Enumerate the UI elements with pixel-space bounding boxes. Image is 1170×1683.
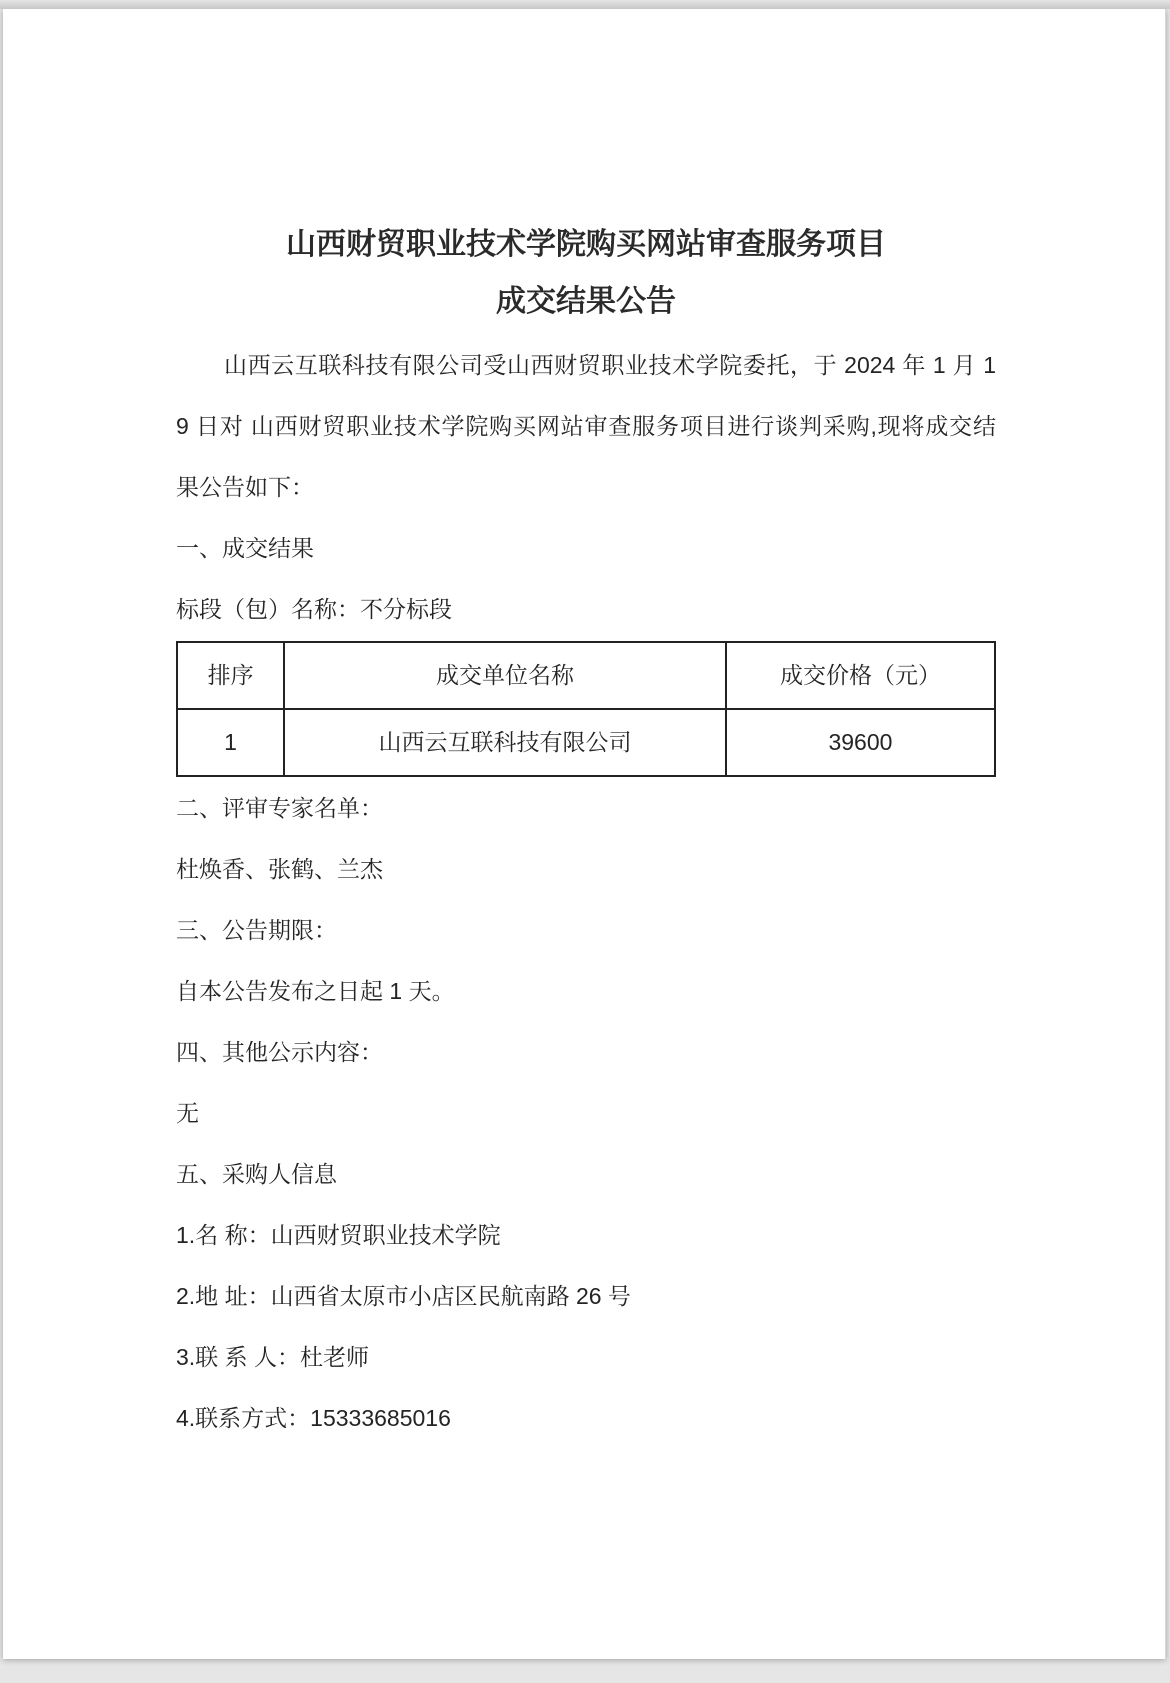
cell-supplier-name: 山西云互联科技有限公司	[284, 709, 726, 776]
document-viewer: 山西财贸职业技术学院购买网站审查服务项目 成交结果公告 山西云互联科技有限公司受…	[0, 0, 1170, 1683]
document-title: 山西财贸职业技术学院购买网站审查服务项目 成交结果公告	[176, 9, 996, 330]
section-experts-heading: 二、评审专家名单：	[176, 778, 996, 839]
purchaser-address: 2.地 址：山西省太原市小店区民航南路 26 号	[176, 1266, 996, 1327]
result-table: 排序 成交单位名称 成交价格（元） 1 山西云互联科技有限公司 39600	[176, 641, 996, 777]
section-other-heading: 四、其他公示内容：	[176, 1022, 996, 1083]
purchaser-name: 1.名 称：山西财贸职业技术学院	[176, 1205, 996, 1266]
viewer-bottom-chrome	[0, 1659, 1170, 1683]
table-row: 1 山西云互联科技有限公司 39600	[177, 709, 995, 776]
section-period-heading: 三、公告期限：	[176, 900, 996, 961]
purchaser-contact-phone: 4.联系方式：15333685016	[176, 1388, 996, 1449]
header-supplier-name: 成交单位名称	[284, 642, 726, 709]
header-rank: 排序	[177, 642, 284, 709]
section-result-heading: 一、成交结果	[176, 518, 996, 579]
section-purchaser-heading: 五、采购人信息	[176, 1144, 996, 1205]
document-body: 山西云互联科技有限公司受山西财贸职业技术学院委托，于 2024 年 1 月 1 …	[176, 335, 996, 1449]
intro-line-3: 果公告如下：	[176, 457, 996, 518]
cell-rank: 1	[177, 709, 284, 776]
viewer-top-chrome	[0, 0, 1170, 9]
title-line-2: 成交结果公告	[176, 273, 996, 330]
page-content: 山西财贸职业技术学院购买网站审查服务项目 成交结果公告 山西云互联科技有限公司受…	[3, 9, 1165, 1659]
period-text: 自本公告发布之日起 1 天。	[176, 961, 996, 1022]
document-page: 山西财贸职业技术学院购买网站审查服务项目 成交结果公告 山西云互联科技有限公司受…	[3, 9, 1166, 1659]
other-text: 无	[176, 1083, 996, 1144]
purchaser-contact-person: 3.联 系 人：杜老师	[176, 1327, 996, 1388]
lot-name-label: 标段（包）名称：不分标段	[176, 579, 996, 640]
title-line-1: 山西财贸职业技术学院购买网站审查服务项目	[176, 216, 996, 273]
cell-price: 39600	[726, 709, 995, 776]
table-header-row: 排序 成交单位名称 成交价格（元）	[177, 642, 995, 709]
header-price: 成交价格（元）	[726, 642, 995, 709]
intro-line-1: 山西云互联科技有限公司受山西财贸职业技术学院委托，于 2024 年 1 月 1	[176, 335, 996, 396]
expert-names: 杜焕香、张鹤、兰杰	[176, 839, 996, 900]
intro-line-2: 9 日对 山西财贸职业技术学院购买网站审查服务项目进行谈判采购,现将成交结	[176, 396, 996, 457]
